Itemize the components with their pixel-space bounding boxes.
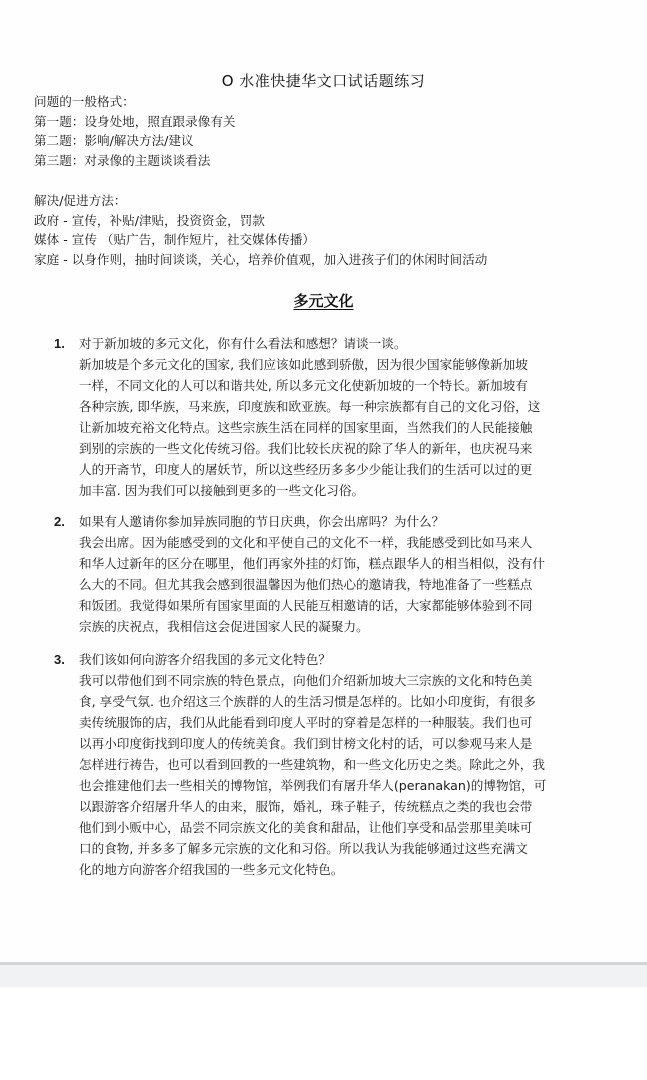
method-item-government: 政府 - 宣传，补贴/津贴，投资资金，罚款	[34, 211, 487, 231]
answer-line: 化的地方向游客介绍我国的一些多元文化特色。	[79, 859, 634, 880]
method-item-media: 媒体 - 宣传 （贴广告，制作短片，社交媒体传播）	[34, 230, 487, 250]
answer-line: 新加坡是个多元文化的国家, 我们应该如此感到骄傲，因为很少国家能够像新加坡	[79, 354, 634, 375]
format-item: 第一题：设身处地，照直跟录像有关	[34, 112, 236, 132]
solution-methods-section: 解决/促进方法： 政府 - 宣传，补贴/津贴，投资资金，罚款 媒体 - 宣传 （…	[34, 191, 487, 269]
answer-line: 卖传统服饰的店，我们从此能看到印度人平时的穿着是怎样的一种服装。我们也可	[79, 712, 634, 733]
question-text: 对于新加坡的多元文化，你有什么看法和感想？请谈一谈。	[79, 333, 634, 354]
answer-line: 食, 享受气氛. 也介绍这三个族群的人的生活习惯是怎样的。比如小印度街，有很多	[79, 691, 634, 712]
format-item: 第三题：对录像的主题谈谈看法	[34, 151, 236, 171]
answer-line: 一样，不同文化的人可以和谐共处, 所以多元文化使新加坡的一个特长。新加坡有	[79, 375, 634, 396]
next-page-area	[0, 987, 647, 1080]
answer-line: 他们到小贩中心，品尝不同宗族文化的美食和甜品，让他们享受和品尝那里美味可	[79, 817, 634, 838]
format-item: 第二题：影响/解决方法/建议	[34, 131, 236, 151]
answer-line: 宗族的庆祝点，我相信这会促进国家人民的凝聚力。	[79, 616, 634, 637]
document-page: O 水准快捷华文口试话题练习 问题的一般格式： 第一题：设身处地，照直跟录像有关…	[0, 0, 647, 962]
answer-line: 我会出席。因为能感受到的文化和平使自己的文化不一样，我能感受到比如马来人	[79, 532, 634, 553]
question-number: 1.	[54, 333, 65, 354]
document-title: O 水准快捷华文口试话题练习	[0, 70, 647, 91]
answer-line: 怎样进行祷告，也可以看到回教的一些建筑物，和一些文化历史之类。除此之外，我	[79, 754, 634, 775]
answer-line: 让新加坡充裕文化特点。这些宗族生活在同样的国家里面，当然我们的人民能接触	[79, 417, 634, 438]
answer-line: 么大的不同。但尤其我会感到很温馨因为他们热心的邀请我，特地准备了一些糕点	[79, 574, 634, 595]
question-item-3: 3. 我们该如何向游客介绍我国的多元文化特色？ 我可以带他们到不同宗族的特色景点…	[54, 649, 634, 880]
question-number: 3.	[54, 649, 65, 670]
methods-heading: 解决/促进方法：	[34, 191, 487, 211]
answer-line: 我可以带他们到不同宗族的特色景点，向他们介绍新加坡大三宗族的文化和特色美	[79, 670, 634, 691]
answer-line: 以再小印度街找到印度人的传统美食。我们到甘榜文化村的话，可以参观马来人是	[79, 733, 634, 754]
answer-line: 也会推建他们去一些相关的博物馆，举例我们有屠升华人(peranakan)的博物馆…	[79, 775, 634, 796]
answer-line: 口的食物, 并多多了解多元宗族的文化和习俗。所以我认为我能够通过这些充满文	[79, 838, 634, 859]
answer-line: 和饭团。我觉得如果所有国家里面的人民能互相邀请的话，大家都能够体验到不同	[79, 595, 634, 616]
question-text: 我们该如何向游客介绍我国的多元文化特色？	[79, 649, 634, 670]
answer-line: 以跟游客介绍屠升华人的由来，服饰，婚礼，珠子鞋子，传统糕点之类的我也会带	[79, 796, 634, 817]
answer-line: 到别的宗族的一些文化传统习俗。我们比较长庆祝的除了华人的新年，也庆祝马来	[79, 438, 634, 459]
answer-line: 加丰富. 因为我们可以接触到更多的一些文化习俗。	[79, 480, 634, 501]
question-number: 2.	[54, 511, 65, 532]
question-item-2: 2. 如果有人邀请你参加异族同胞的节日庆典，你会出席吗？为什么？ 我会出席。因为…	[54, 511, 634, 637]
question-format-section: 问题的一般格式： 第一题：设身处地，照直跟录像有关 第二题：影响/解决方法/建议…	[34, 92, 236, 170]
question-item-1: 1. 对于新加坡的多元文化，你有什么看法和感想？请谈一谈。 新加坡是个多元文化的…	[54, 333, 634, 501]
page-gap	[0, 965, 647, 987]
method-item-family: 家庭 - 以身作则，抽时间谈谈，关心，培养价值观，加入进孩子们的休闲时间活动	[34, 250, 487, 270]
answer-line: 人的开斋节，印度人的屠妖节，所以这些经历多多少少能让我们的生活可以过的更	[79, 459, 634, 480]
question-text: 如果有人邀请你参加异族同胞的节日庆典，你会出席吗？为什么？	[79, 511, 634, 532]
topic-title: 多元文化	[0, 290, 647, 311]
format-heading: 问题的一般格式：	[34, 92, 236, 112]
answer-line: 和华人过新年的区分在哪里，他们再家外挂的灯饰，糕点跟华人的相当相似，没有什	[79, 553, 634, 574]
answer-line: 各种宗族, 即华族，马来族，印度族和欧亚族。每一种宗族都有自己的文化习俗，这	[79, 396, 634, 417]
